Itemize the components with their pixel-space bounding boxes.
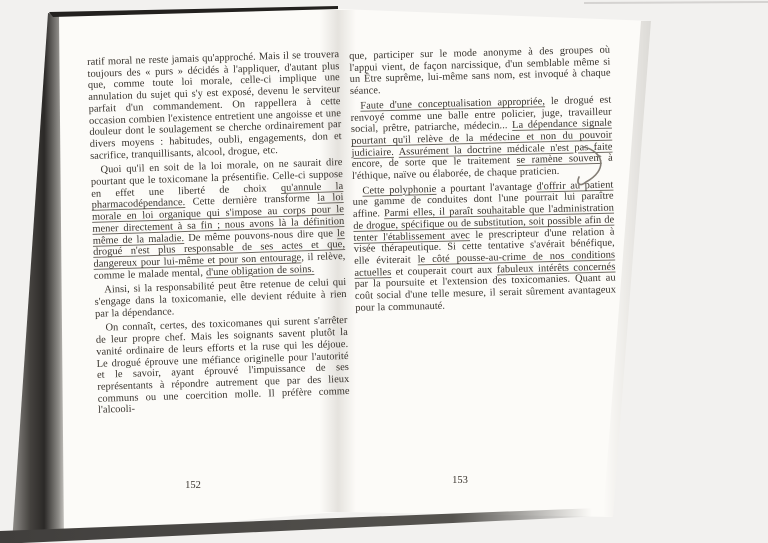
- paragraph: Cette polyphonie a pourtant l'avantage d…: [352, 179, 616, 314]
- left-page-text: ratif moral ne reste jamais qu'approché.…: [87, 49, 350, 420]
- margin-annotation-bracket-icon: [576, 144, 616, 192]
- text-segment: On connaît, certes, des toxicomanes qui …: [96, 315, 350, 416]
- paragraph: que, participer sur le mode anonyme à de…: [349, 45, 611, 98]
- background-edge-line: [584, 1, 768, 4]
- paragraph: Ainsi, si la responsabilité peut être re…: [94, 277, 347, 320]
- book-photo: ratif moral ne reste jamais qu'approché.…: [0, 0, 768, 543]
- text-segment: que, participer sur le mode anonyme à de…: [349, 45, 611, 97]
- text-segment: Ainsi, si la responsabilité peut être re…: [95, 277, 347, 319]
- underlined-text: Cette polyphonie: [362, 184, 436, 197]
- text-segment: ratif moral ne reste jamais qu'approché.…: [87, 49, 342, 161]
- underlined-text: d'une obligation de soins.: [206, 264, 315, 278]
- text-segment: par la poursuite et l'extension des toxi…: [355, 273, 616, 314]
- paragraph: Faute d'une conceptualisation appropriée…: [350, 94, 613, 182]
- paragraph: ratif moral ne reste jamais qu'approché.…: [87, 49, 342, 162]
- right-page-number: 153: [350, 475, 570, 486]
- left-page-number: 152: [87, 480, 299, 491]
- page-stack-edge: [12, 13, 64, 543]
- paragraph: On connaît, certes, des toxicomanes qui …: [95, 315, 350, 416]
- paragraph: Quoi qu'il en soit de la loi morale, on …: [90, 157, 346, 282]
